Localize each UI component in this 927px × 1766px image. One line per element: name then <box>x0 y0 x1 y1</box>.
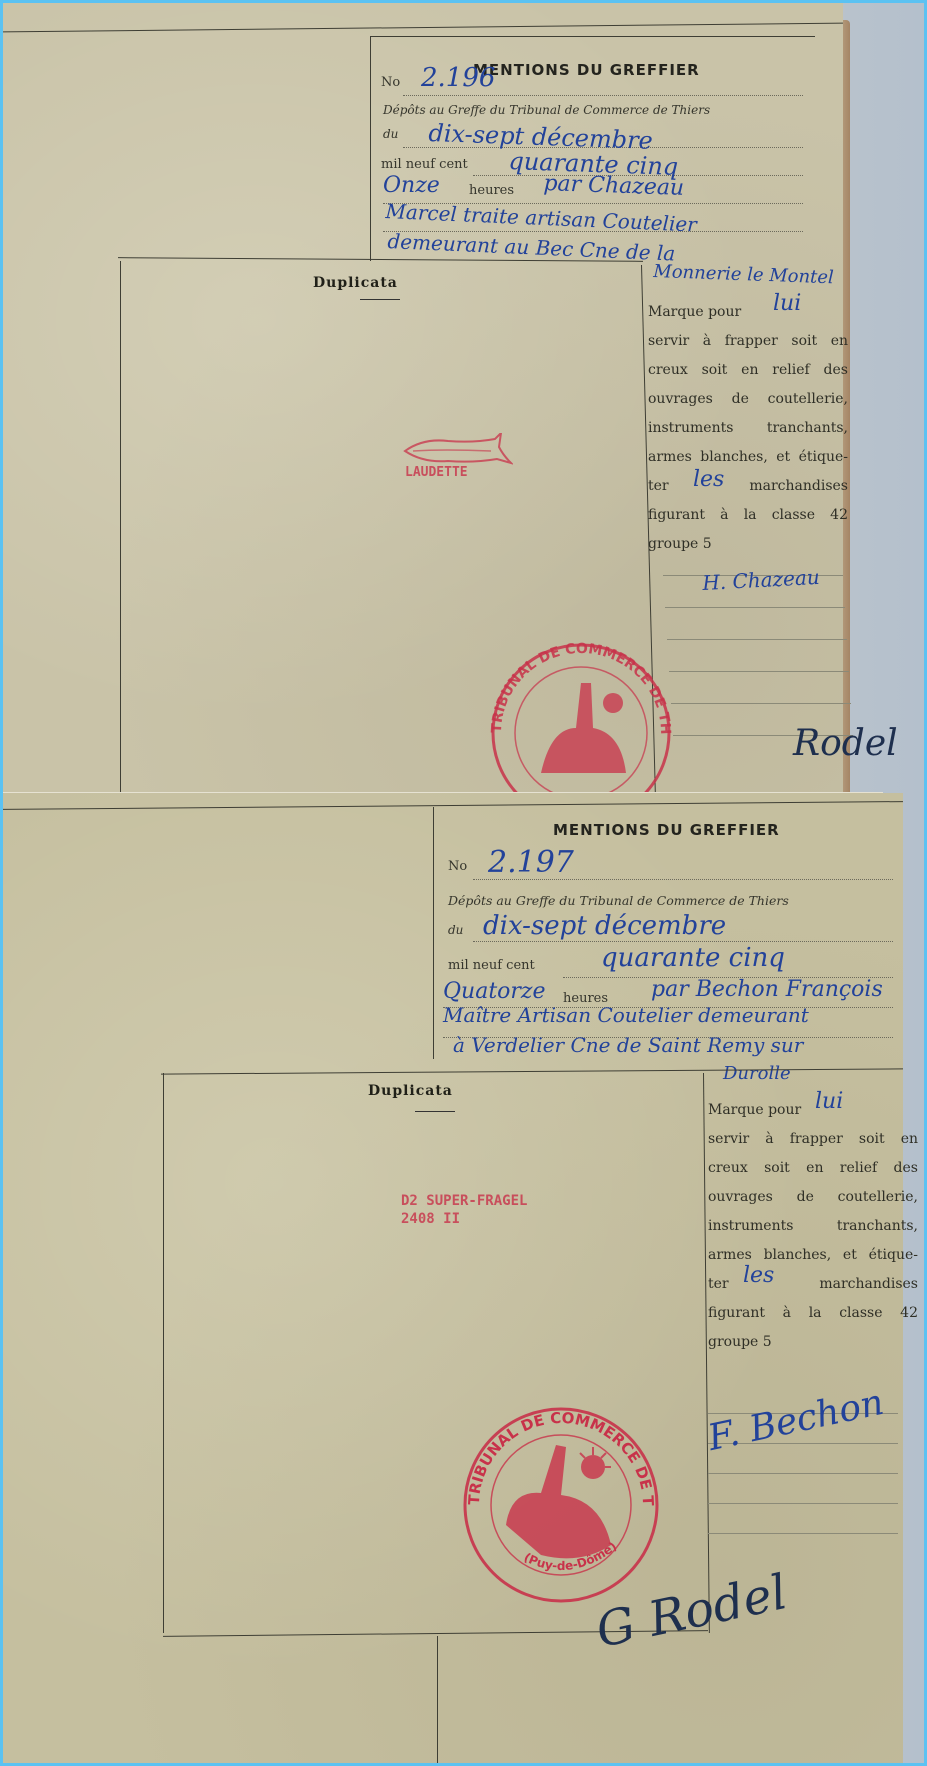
marque-line: Marque pour <box>708 1096 918 1125</box>
marque-line: creux soit en relief des <box>648 356 848 385</box>
greffier-box-border <box>433 807 434 1059</box>
marque-line: ouvrages de coutellerie, <box>648 385 848 414</box>
depositor-line-2: à Verdelier Cne de Saint Remy sur <box>453 1033 803 1057</box>
depositor-signature: H. Chazeau <box>702 565 821 595</box>
mark-imprint-line-2: 2408 II <box>401 1211 460 1227</box>
year-label: mil neuf cent <box>381 157 468 172</box>
greffier-box-border <box>370 36 371 261</box>
number-line <box>403 95 803 97</box>
deposit-hour: Onze <box>383 173 440 198</box>
signature-rule <box>667 639 847 640</box>
column-divider <box>437 1636 438 1766</box>
duplicata-label: Duplicata <box>313 275 398 291</box>
marque-line: figurant à la classe 42 <box>648 501 848 530</box>
deposit-date: dix-sept décembre <box>483 911 726 941</box>
marque-ter-handwritten: les <box>743 1263 774 1288</box>
deposit-year: quarante cinq <box>601 943 785 973</box>
greffier-title: MENTIONS DU GREFFIER <box>553 821 780 839</box>
signature-rule <box>669 671 849 672</box>
marque-line: instruments tranchants, <box>708 1212 918 1241</box>
entry-number: 2.196 <box>421 63 495 93</box>
marque-line: ter marchandises <box>648 472 848 501</box>
depot-label: Dépôts au Greffe du Tribunal de Commerce… <box>448 893 789 908</box>
marque-line: servir à frapper soit en <box>648 327 848 356</box>
clerk-signature: Rodel <box>793 723 898 764</box>
tribunal-seal: TRIBUNAL DE COMMERCE DE THIERS (Puy-de-D… <box>461 1405 661 1609</box>
marque-line: creux soit en relief des <box>708 1154 918 1183</box>
marque-line: armes blanches, et étique- <box>708 1241 918 1270</box>
duplicata-underline <box>415 1111 455 1112</box>
duplicata-label: Duplicata <box>368 1083 453 1099</box>
marque-description: Marque pour servir à frapper soit en cre… <box>648 298 848 559</box>
duplicata-box-left <box>163 1073 164 1633</box>
register-page-entry-1: MENTIONS DU GREFFIER No 2.196 Dépôts au … <box>3 3 843 793</box>
depositor-signature: F. Bechon <box>704 1382 887 1459</box>
greffier-box-top <box>370 36 815 37</box>
marque-line: figurant à la classe 42 <box>708 1299 918 1328</box>
top-rule <box>3 801 903 810</box>
marque-line: ouvrages de coutellerie, <box>708 1183 918 1212</box>
register-page-entry-2: MENTIONS DU GREFFIER No 2.197 Dépôts au … <box>3 793 903 1766</box>
signature-rule <box>671 703 851 704</box>
signature-rule <box>708 1533 898 1534</box>
year-label: mil neuf cent <box>448 958 535 973</box>
number-label: No <box>381 75 400 90</box>
duplicata-underline <box>360 299 400 300</box>
hours-label: heures <box>469 183 514 198</box>
marque-line: ter marchandises <box>708 1270 918 1299</box>
marque-line: armes blanches, et étique- <box>648 443 848 472</box>
signature-rule <box>708 1503 898 1504</box>
du-label: du <box>383 127 398 141</box>
depot-label: Dépôts au Greffe du Tribunal de Commerce… <box>383 103 710 117</box>
marque-line: groupe 5 <box>708 1328 918 1357</box>
duplicata-box-left <box>120 261 121 793</box>
marque-pour-handwritten: lui <box>815 1089 843 1114</box>
marque-line: instruments tranchants, <box>648 414 848 443</box>
marque-pour-handwritten: lui <box>773 291 801 316</box>
depositor-name: par Bechon François <box>651 977 883 1002</box>
deposit-hour: Quatorze <box>443 979 546 1004</box>
marque-ter-handwritten: les <box>693 467 724 492</box>
tribunal-seal: TRIBUNAL DE COMMERCE DE THIERS <box>481 633 681 807</box>
marque-line: Marque pour <box>648 298 848 327</box>
marque-description: Marque pour servir à frapper soit en cre… <box>708 1096 918 1357</box>
entry-number: 2.197 <box>488 845 574 880</box>
mark-imprint-text: LAUDETTE <box>405 465 468 480</box>
number-label: No <box>448 859 467 874</box>
signature-rule <box>708 1473 898 1474</box>
du-label: du <box>448 923 463 937</box>
depositor-name: par Chazeau <box>543 171 685 201</box>
depositor-line-3: Monnerie le Montel <box>653 261 834 288</box>
greffier-title: MENTIONS DU GREFFIER <box>473 61 700 79</box>
top-rule <box>3 23 843 33</box>
depositor-line-3: Durolle <box>723 1063 791 1084</box>
mark-imprint-line-1: D2 SUPER-FRAGEL <box>401 1193 527 1209</box>
depositor-line-1: Maître Artisan Coutelier demeurant <box>443 1003 809 1027</box>
marque-line: groupe 5 <box>648 530 848 559</box>
marque-line: servir à frapper soit en <box>708 1125 918 1154</box>
signature-rule <box>665 607 845 608</box>
duplicata-box-top <box>161 1068 903 1074</box>
